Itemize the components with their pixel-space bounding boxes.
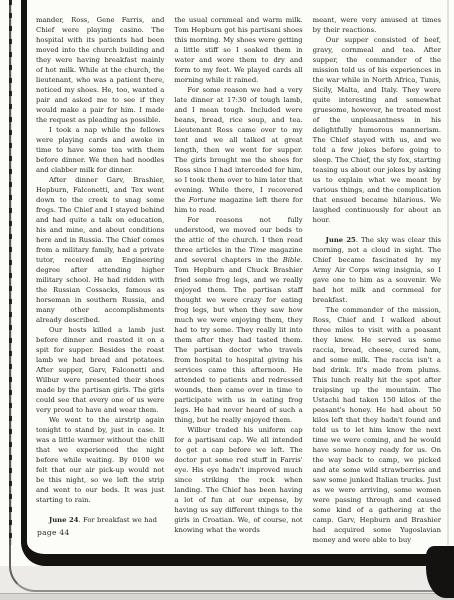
date-lead: June 24	[49, 516, 78, 524]
text-run: We went to the airstrip again tonight to…	[36, 416, 164, 504]
page-number: page 44	[37, 528, 70, 537]
paragraph: the usual cornmeal and warm milk. Tom He…	[174, 15, 302, 85]
paragraph: Our hosts killed a lamb just before dinn…	[36, 325, 164, 415]
italic-title: Fortune	[189, 196, 216, 204]
italic-title: Time	[249, 246, 266, 254]
text-run: Wilbur traded his uniform cap for a part…	[174, 426, 302, 534]
scanned-page: mander, Ross, Gene Farris, and Chief wer…	[0, 0, 454, 600]
paragraph: The commander of the mission, Ross, Chie…	[313, 305, 441, 545]
text-column-2: the usual cornmeal and warm milk. Tom He…	[174, 15, 302, 545]
text-run: . The sky was clear this morning, not a …	[313, 236, 441, 304]
paragraph: I took a nap while the fellows were play…	[36, 125, 164, 175]
paragraph: meant, were very amused at times by thei…	[313, 15, 441, 35]
paragraph: June 25. The sky was clear this morning,…	[313, 235, 441, 305]
paragraph: Our supper consisted of beef, gravy, cor…	[313, 35, 441, 225]
italic-title: Bible	[283, 256, 301, 264]
text-run: the usual cornmeal and warm milk. Tom He…	[174, 16, 302, 84]
paragraph: After dinner Garv, Brashier, Hepburn, Fa…	[36, 175, 164, 325]
text-run: Our supper consisted of beef, gravy, cor…	[313, 36, 441, 224]
paragraph: June 24. For breakfast we had	[36, 515, 164, 525]
text-run: The commander of the mission, Ross, Chie…	[313, 306, 441, 544]
paragraph: For reasons not fully understood, we mov…	[174, 215, 302, 425]
text-run: . For breakfast we had	[78, 516, 157, 524]
text-run: I took a nap while the fellows were play…	[36, 126, 164, 174]
text-column-3: meant, were very amused at times by thei…	[313, 15, 441, 545]
text-run: After dinner Garv, Brashier, Hepburn, Fa…	[36, 176, 164, 324]
page-edges-texture	[9, 0, 12, 545]
paragraph: We went to the airstrip again tonight to…	[36, 415, 164, 505]
text-run: For some reason we had a very late dinne…	[174, 86, 302, 204]
paragraph: mander, Ross, Gene Farris, and Chief wer…	[36, 15, 164, 125]
paragraph: For some reason we had a very late dinne…	[174, 85, 302, 215]
text-columns: mander, Ross, Gene Farris, and Chief wer…	[36, 15, 441, 545]
text-run: mander, Ross, Gene Farris, and Chief wer…	[36, 16, 164, 124]
date-lead: June 25	[326, 236, 356, 244]
paragraph: Wilbur traded his uniform cap for a part…	[174, 425, 302, 535]
text-run: meant, were very amused at times by thei…	[313, 16, 441, 34]
text-run: Our hosts killed a lamb just before dinn…	[36, 326, 164, 414]
text-column-1: mander, Ross, Gene Farris, and Chief wer…	[36, 15, 164, 545]
text-run: . Tom Hepburn and Chuck Brashier fried s…	[174, 256, 302, 424]
underlying-page-edge	[0, 593, 454, 600]
